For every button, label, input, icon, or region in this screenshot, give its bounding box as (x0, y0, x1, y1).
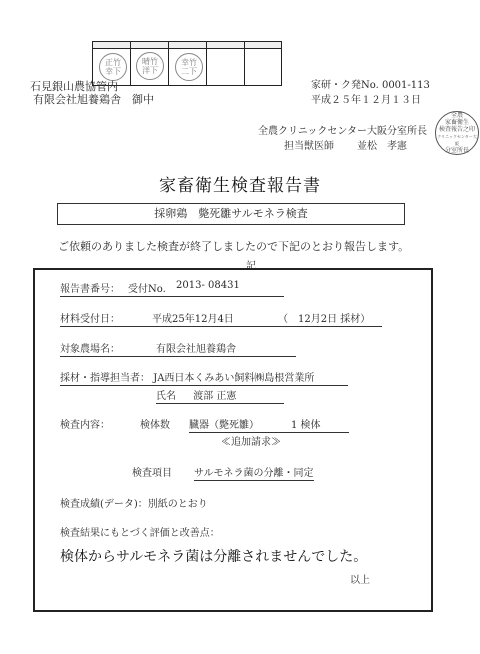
sampled-date-value: （ 12月2日 採材） (278, 310, 370, 325)
addressee-line2: 有限会社旭養鶏舎 御中 (33, 91, 154, 107)
evaluation-label: 検査結果にもとづく評価と改善点： (60, 524, 220, 539)
report-number-label: 報告書番号： (60, 284, 120, 295)
stamp-col-divider (130, 42, 131, 85)
report-details-box: 報告書番号： 受付No. 2013- 08431 材料受付日： 平成25年12月… (33, 268, 433, 612)
hanko-text: 幸竹二下 (181, 58, 197, 76)
test-item-label: 検査項目 (132, 464, 172, 479)
sampler-organization: JA西日本くみあい飼料㈱島根営業所 (153, 373, 314, 384)
sample-count-label: 検体数 (140, 416, 170, 431)
seal-text: 全農 (451, 112, 463, 119)
stamp-col-divider (168, 42, 169, 85)
sender-name: 並松 孝憲 (357, 137, 407, 152)
additional-request: ≪追加請求≫ (221, 433, 281, 448)
report-number-prefix: 受付No. (128, 280, 166, 295)
sampler-row: 採材・指導担当者： JA西日本くみあい飼料㈱島根営業所 (60, 369, 348, 386)
document-number: 家研・ク発No. 0001-113 (311, 76, 430, 91)
hanko-seal-3: 幸竹二下 (175, 53, 203, 81)
results-label: 検査成績(データ)：別紙のとおり (60, 495, 208, 510)
farm-row: 対象農場名： 有限会社旭養鶏舎 (60, 340, 296, 357)
approval-stamp-box: 正竹幸下 晴竹洋下 幸竹二下 (92, 41, 282, 86)
official-seal: 全農 家畜衛生 検査報告之印 クリニックセンター大阪 分室所長 (435, 111, 479, 155)
hanko-text: 正竹幸下 (105, 58, 121, 76)
sampler-name-label: 氏名 (156, 391, 176, 402)
report-number-value: 2013- 08431 (176, 280, 240, 291)
closing-text: 以上 (350, 571, 370, 586)
seal-text: 家畜衛生 (445, 119, 469, 126)
farm-value: 有限会社旭養鶏舎 (156, 340, 236, 355)
received-date-label: 材料受付日： (60, 314, 120, 325)
hanko-seal-2: 晴竹洋下 (136, 52, 164, 80)
report-number-row: 報告書番号： 受付No. 2013- 08431 (60, 280, 284, 297)
seal-text: クリニックセンター大阪 (436, 133, 478, 147)
intro-text: ご依頼のありました検査が終了しましたので下記のとおり報告します。 (58, 238, 409, 254)
sampler-name: 渡部 正憲 (193, 391, 236, 402)
received-date-value: 平成25年12月4日 (152, 310, 234, 325)
hanko-seal-1: 正竹幸下 (99, 53, 127, 81)
sampler-name-row: 氏名 渡部 正憲 (156, 387, 284, 404)
hanko-text: 晴竹洋下 (142, 57, 158, 75)
farm-label: 対象農場名： (60, 344, 120, 355)
document-title: 家畜衛生検査報告書 (0, 171, 480, 196)
test-item-value: サルモネラ菌の分離・同定 (194, 464, 314, 481)
sample-type: 臓器（斃死雛） (189, 420, 259, 431)
stamp-col-divider (244, 42, 245, 85)
received-date-row: 材料受付日： 平成25年12月4日 （ 12月2日 採材） (60, 310, 382, 327)
sender-organization: 全農クリニックセンター大阪分室所長 (258, 122, 427, 137)
seal-text: 分室所長 (445, 147, 469, 154)
document-subtitle: 採卵鶏 斃死雛サルモネラ検査 (57, 203, 405, 225)
sampler-label: 採材・指導担当者： (60, 373, 150, 384)
sample-count: 1 検体 (291, 416, 321, 431)
conclusion-text: 検体からサルモネラ菌は分離されませんでした。 (60, 546, 367, 566)
seal-text: 検査報告之印 (439, 126, 475, 133)
stamp-col-divider (206, 42, 207, 85)
stamp-box-header (93, 42, 281, 49)
sender-role: 担当獣医師 (284, 137, 334, 152)
sample-row: 臓器（斃死雛） 1 検体 (189, 416, 349, 433)
document-date: 平成２５年１２月１３日 (311, 91, 421, 106)
content-label: 検査内容： (60, 416, 110, 431)
